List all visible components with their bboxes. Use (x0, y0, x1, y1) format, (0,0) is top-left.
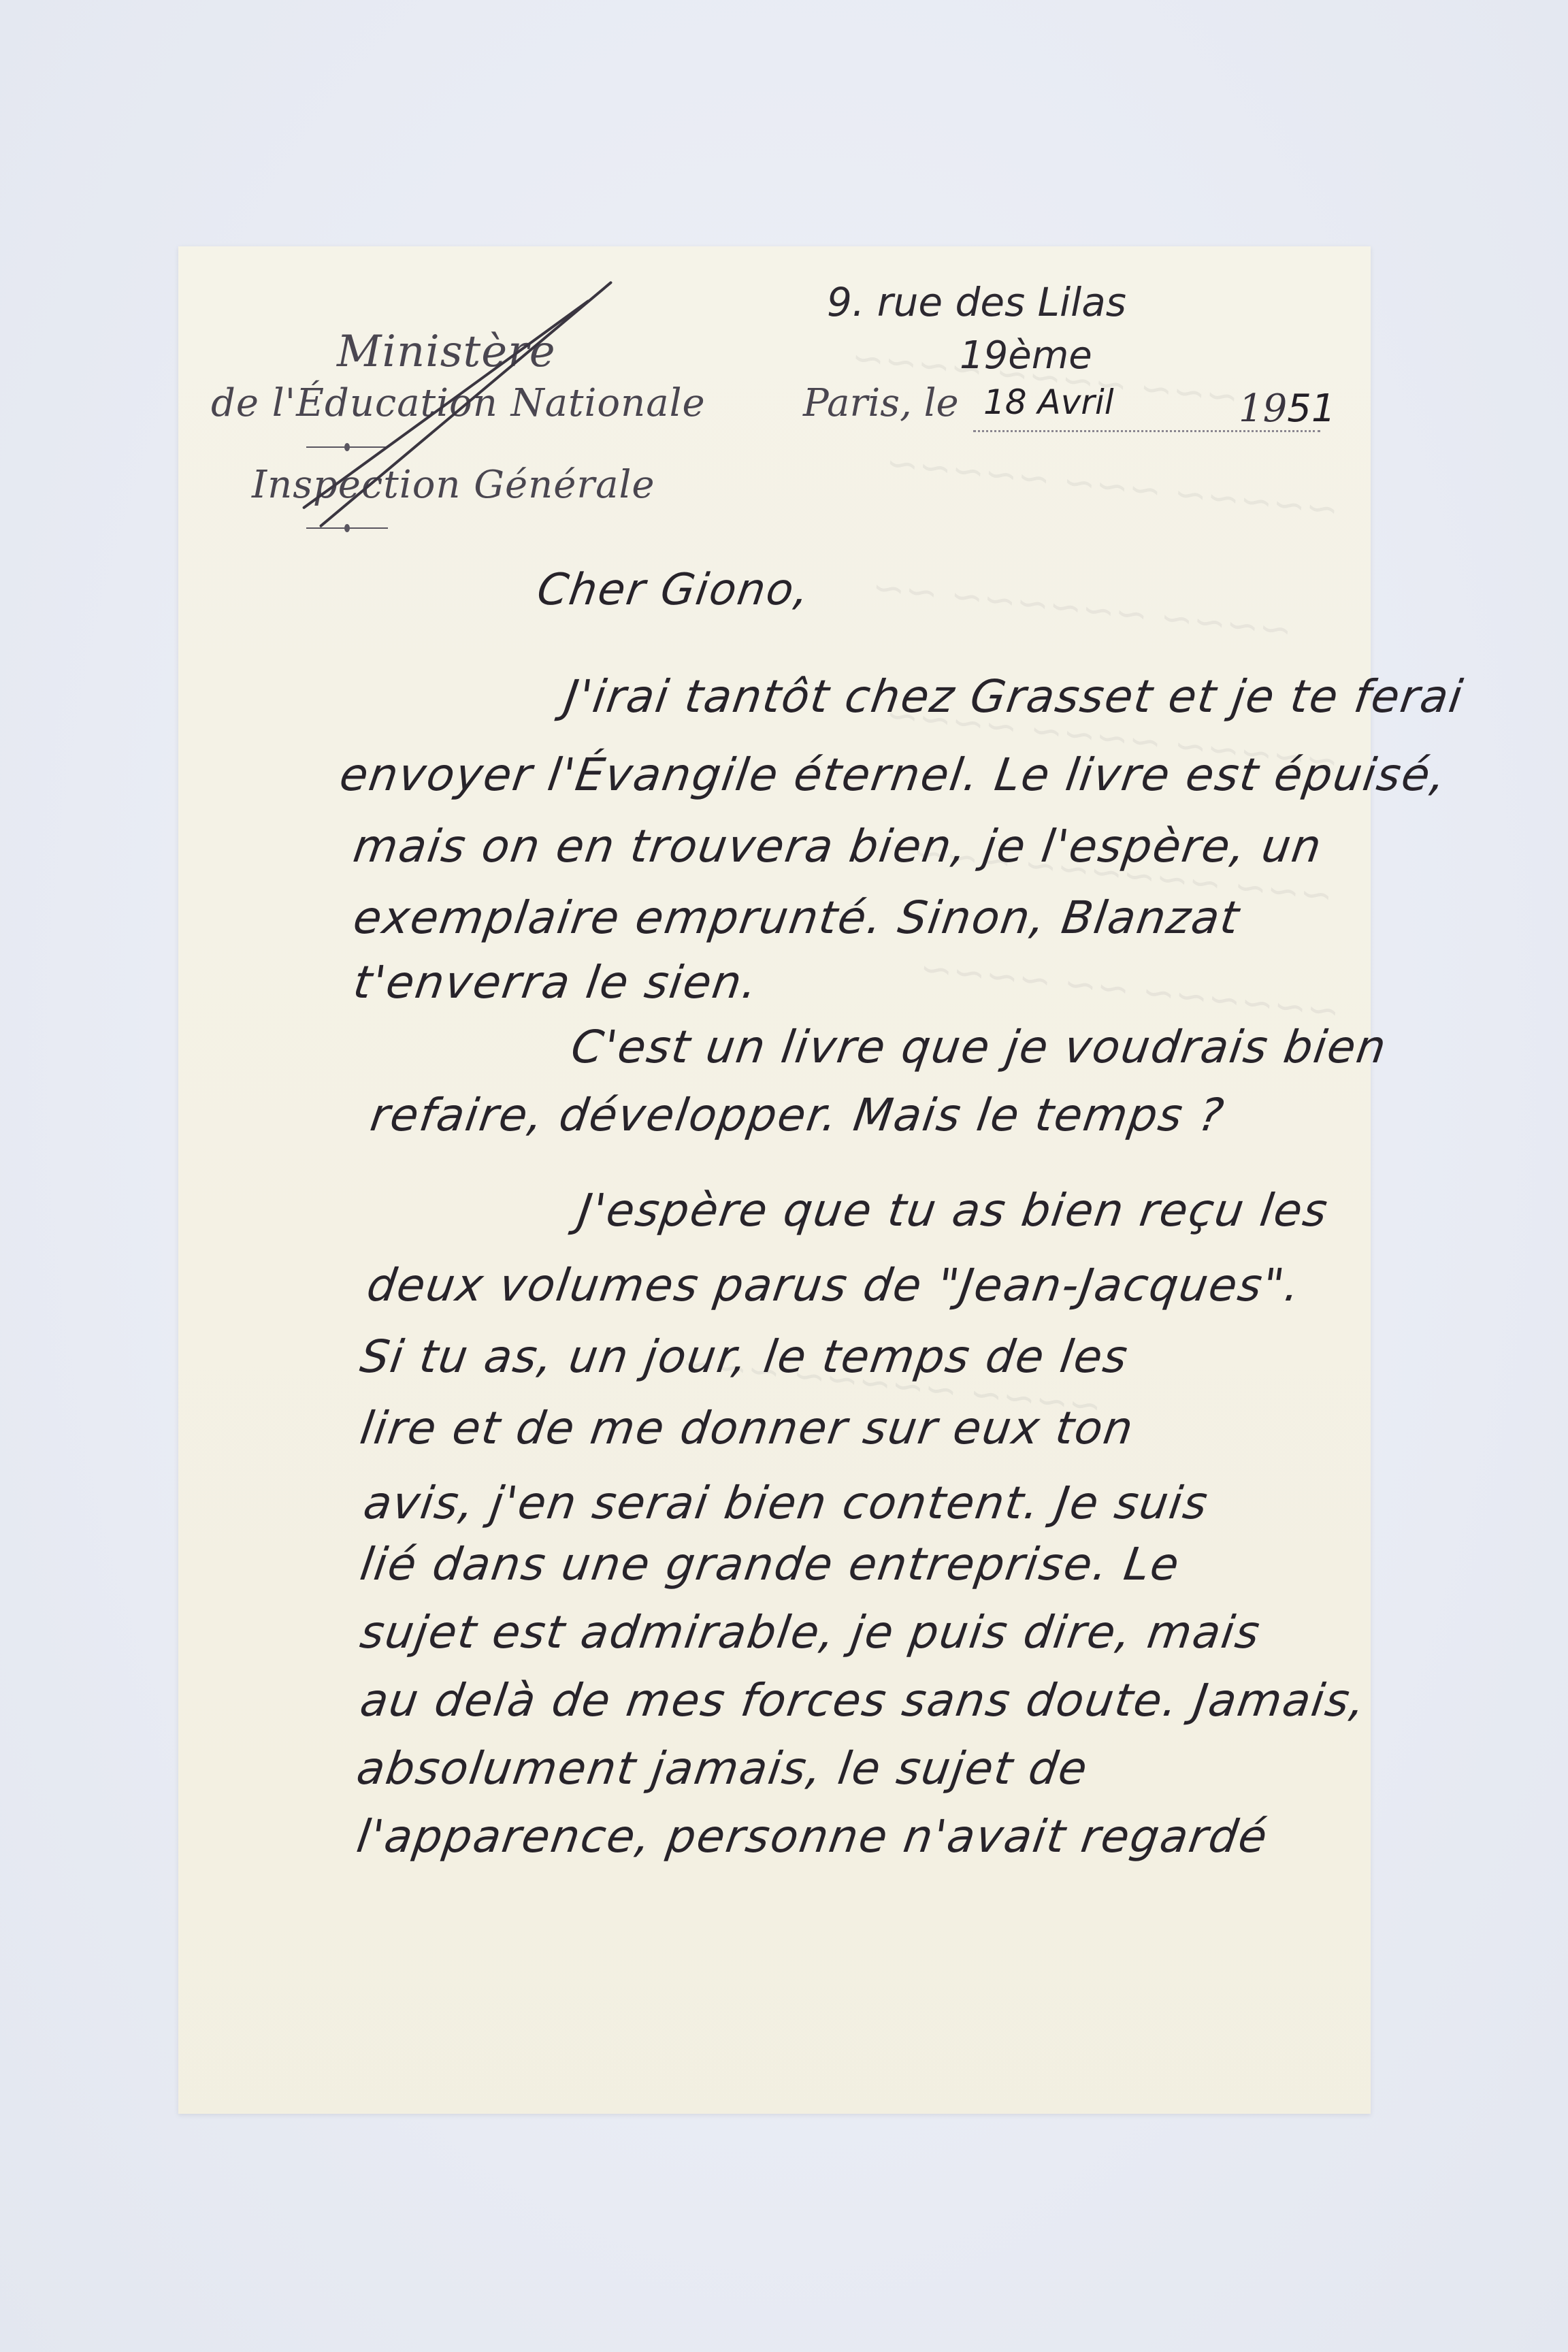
letter-line: sujet est admirable, je puis dire, mais (357, 1606, 1264, 1659)
letter-line: deux volumes parus de "Jean-Jacques". (364, 1259, 1305, 1311)
salutation: Cher Giono, (534, 565, 813, 615)
letter-line: C'est un livre que je voudrais bien (568, 1021, 1390, 1073)
letter-line: J'irai tantôt chez Grasset et je te fera… (561, 670, 1467, 723)
date-year: 1951 (1239, 387, 1336, 431)
date-prefix: Paris, le (803, 381, 959, 425)
letter-line: refaire, développer. Mais le temps ? (367, 1089, 1228, 1141)
dateline: Paris, le 18 Avril 1951 (803, 381, 1320, 436)
letter-line: envoyer l'Évangile éternel. Le livre est… (337, 749, 1450, 801)
date-day-month: 18 Avril (983, 382, 1114, 422)
letterhead-ornament-rule (306, 527, 388, 529)
letter-line: exemplaire emprunté. Sinon, Blanzat (350, 892, 1243, 944)
letter-line: avis, j'en serai bien content. Je suis (361, 1477, 1212, 1529)
sender-address: 9. rue des Lilas (827, 279, 1126, 325)
letter-line: lié dans une grande entreprise. Le (357, 1538, 1183, 1590)
letter-line: t'enverra le sien. (350, 956, 762, 1009)
letter-line: J'espère que tu as bien reçu les (575, 1184, 1332, 1237)
letter-line: lire et de me donner sur eux ton (357, 1402, 1138, 1454)
letter-line: absolument jamais, le sujet de (354, 1742, 1092, 1795)
letter-line: au delà de mes forces sans doute. Jamais… (357, 1674, 1370, 1727)
letter-line: Si tu as, un jour, le temps de les (357, 1330, 1132, 1383)
sender-arrondissement: 19ème (960, 333, 1092, 378)
letterhead-ornament-rule (306, 446, 388, 448)
letter-line: mais on en trouvera bien, je l'espère, u… (350, 820, 1326, 872)
letter-line: l'apparence, personne n'avait regardé (354, 1810, 1272, 1863)
letterhead-ministry: Ministère (337, 327, 556, 377)
letterhead-department: de l'Éducation Nationale (211, 381, 706, 425)
